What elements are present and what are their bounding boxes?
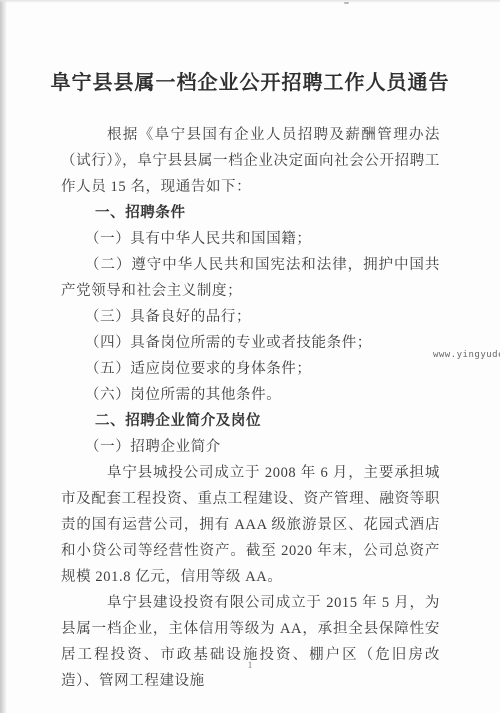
condition-item-4: （四）具备岗位所需的专业或者技能条件； bbox=[61, 330, 440, 356]
document-body: 根据《阜宁县国有企业人员招聘及薪酬管理办法（试行）》，阜宁县县属一档企业决定面向… bbox=[61, 122, 440, 694]
condition-item-3: （三）具备良好的品行； bbox=[61, 304, 440, 330]
section-1-heading: 一、招聘条件 bbox=[61, 200, 440, 226]
scanned-document-page: 阜宁县县属一档企业公开招聘工作人员通告 根据《阜宁县国有企业人员招聘及薪酬管理办… bbox=[0, 0, 500, 713]
condition-item-6: （六）岗位所需的其他条件。 bbox=[61, 382, 440, 408]
document-title: 阜宁县县属一档企业公开招聘工作人员通告 bbox=[30, 70, 470, 96]
company-intro-subheading: （一）招聘企业简介 bbox=[61, 434, 440, 460]
scan-edge-shadow-top bbox=[0, 0, 500, 3]
condition-item-5: （五）适应岗位要求的身体条件； bbox=[61, 356, 440, 382]
scan-artifact-speck bbox=[344, 2, 349, 4]
condition-item-2: （二）遵守中华人民共和国宪法和法律，拥护中国共产党领导和社会主义制度； bbox=[61, 252, 440, 304]
page-number: 1 bbox=[0, 660, 500, 670]
condition-item-1: （一）具有中华人民共和国国籍； bbox=[61, 226, 440, 252]
intro-paragraph: 根据《阜宁县国有企业人员招聘及薪酬管理办法（试行）》，阜宁县县属一档企业决定面向… bbox=[61, 122, 440, 200]
site-watermark: www.yingyude bbox=[433, 349, 500, 361]
section-2-heading: 二、招聘企业简介及岗位 bbox=[61, 408, 440, 434]
company-paragraph-1: 阜宁县城投公司成立于 2008 年 6 月，主要承担城市及配套工程投资、重点工程… bbox=[61, 460, 440, 590]
scan-edge-shadow-left bbox=[0, 0, 7, 713]
company-paragraph-2: 阜宁县建设投资有限公司成立于 2015 年 5 月，为县属一档企业，主体信用等级… bbox=[61, 590, 440, 694]
